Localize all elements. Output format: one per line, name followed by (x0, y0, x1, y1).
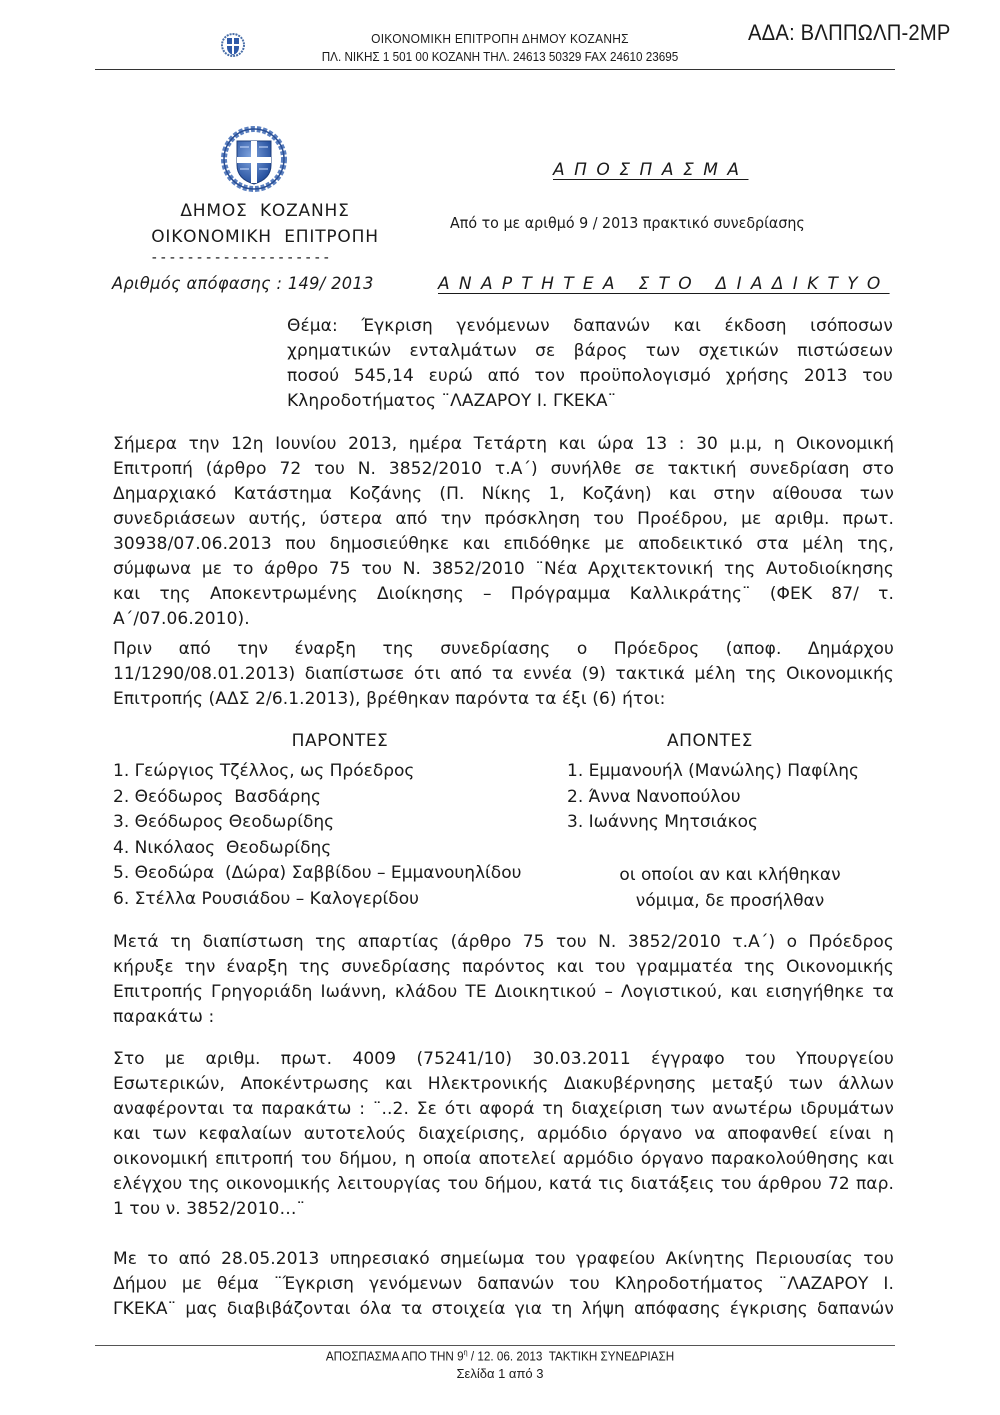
ministry-document-paragraph: Στο με αριθμ. πρωτ. 4009 (75241/10) 30.0… (113, 1047, 894, 1222)
footer-title-suffix: / 12. 06. 2013 ΤΑΚΤΙΚΗ ΣΥΝΕΔΡΙΑΣΗ (468, 1348, 675, 1363)
list-item: 2. Άννα Νανοπούλου (567, 785, 859, 811)
text-line: αναφέρονται τα παρακάτω : ¨..2. Σε ότι α… (113, 1097, 894, 1122)
issuer-divider: -------------------- (150, 248, 331, 266)
issuer-block: ΔΗΜΟΣ ΚΟΖΑΝΗΣ ΟΙΚΟΝΟΜΙΚΗ ΕΠΙΤΡΟΠΗ (120, 198, 410, 250)
text-line: Επιτροπής Γρηγοριάδη Ιωάννη, κλάδου ΤΕ Δ… (113, 980, 894, 1005)
text-line: Α΄/07.06.2010). (113, 607, 894, 632)
list-item: 5. Θεοδώρα (Δώρα) Σαββίδου – Εμμανουηλίδ… (113, 861, 521, 887)
committee-name: ΟΙΚΟΝΟΜΙΚΗ ΕΠΙΤΡΟΠΗ (120, 224, 410, 250)
text-line: Επιτροπής (ΑΔΣ 2/6.1.2013), βρέθηκαν παρ… (113, 687, 894, 712)
text-line: ΓΚΕΚΑ¨ μας διαβιβάζονται όλα τα στοιχεία… (113, 1297, 894, 1322)
text-line: Μετά τη διαπίστωση της απαρτίας (άρθρο 7… (113, 930, 894, 955)
coat-of-arms-icon (220, 125, 288, 193)
text-line: παρακάτω : (113, 1005, 894, 1030)
text-line: και των κεφαλαίων αυτοτελούς διαχείρισης… (113, 1122, 894, 1147)
footer-title: ΑΠΟΣΠΑΣΜΑ ΑΠΟ ΤΗΝ 9η / 12. 06. 2013 ΤΑΚΤ… (230, 1348, 770, 1363)
text-line: κήρυξε την έναρξη της συνεδρίασης παρόντ… (113, 955, 894, 980)
present-list: 1. Γεώργιος Τζέλλος, ως Πρόεδρος 2. Θεόδ… (113, 759, 521, 912)
meeting-paragraph: Σήμερα την 12η Ιουνίου 2013, ημέρα Τετάρ… (113, 432, 894, 632)
text-line: 11/1290/08.01.2013) διαπίστωσε ότι από τ… (113, 662, 894, 687)
subject-line: Κληροδοτήματος ¨ΛΑΖΑΡΟΥ Ι. ΓΚΕΚΑ¨ (287, 389, 893, 414)
text-line: Δημαρχιακό Κατάστημα Κοζάνης (Π. Νίκης 1… (113, 482, 894, 507)
absent-note-line: νόμιμα, δε προσήλθαν (560, 889, 900, 915)
ada-code: ΑΔΑ: ΒΛΠΠΩΛΠ-2ΜΡ (748, 20, 951, 46)
header-address: ΠΛ. ΝΙΚΗΣ 1 501 00 ΚΟΖΑΝΗ ΤΗΛ. 24613 503… (230, 49, 770, 64)
list-item: 1. Εμμανουήλ (Μανώλης) Παφίλης (567, 759, 859, 785)
header-divider (95, 69, 895, 70)
text-line: οικονομική επιτροπή του δήμου, η οποία α… (113, 1147, 894, 1172)
list-item: 3. Ιωάννης Μητσιάκος (567, 810, 859, 836)
text-line: Με το από 28.05.2013 υπηρεσιακό σημείωμα… (113, 1247, 894, 1272)
footer-title-prefix: ΑΠΟΣΠΑΣΜΑ ΑΠΟ ΤΗΝ 9 (326, 1348, 464, 1363)
text-line: σύμφωνα με το άρθρο 75 του Ν. 3852/2010 … (113, 557, 894, 582)
footer-divider (95, 1345, 895, 1346)
quorum-paragraph: Πριν από την έναρξη της συνεδρίασης ο Πρ… (113, 637, 894, 712)
page-number: Σελίδα 1 από 3 (200, 1366, 800, 1381)
list-item: 3. Θεόδωρος Θεοδωρίδης (113, 810, 521, 836)
absent-note-line: οι οποίοι αν και κλήθηκαν (560, 863, 900, 889)
municipality-name: ΔΗΜΟΣ ΚΟΖΑΝΗΣ (120, 198, 410, 224)
text-line: Στο με αριθμ. πρωτ. 4009 (75241/10) 30.0… (113, 1047, 894, 1072)
text-line: Εσωτερικών, Αποκέντρωσης και Ηλεκτρονική… (113, 1072, 894, 1097)
list-item: 2. Θεόδωρος Βασδάρης (113, 785, 521, 811)
subject-line: Θέμα: Έγκριση γενόμενων δαπανών και έκδο… (287, 314, 893, 339)
text-line: και της Αποκεντρωμένης Διοίκησης – Πρόγρ… (113, 582, 894, 607)
decision-number: Αριθμός απόφασης : 149/ 2013 (112, 274, 374, 294)
subject-line: χρηματικών ενταλμάτων σε βάρος των σχετι… (287, 339, 893, 364)
absent-heading: ΑΠΟΝΤΕΣ (640, 731, 780, 751)
text-line: Πριν από την έναρξη της συνεδρίασης ο Πρ… (113, 637, 894, 662)
text-line: ελέγχου της οικονομικής λειτουργίας του … (113, 1172, 894, 1197)
text-line: 1 του ν. 3852/2010…¨ (113, 1197, 894, 1222)
document-type-title: ΑΠΟΣΠΑΣΜΑ (553, 160, 749, 180)
present-heading: ΠΑΡΟΝΤΕΣ (270, 731, 410, 751)
minutes-reference: Από το με αριθμό 9 / 2013 πρακτικό συνεδ… (450, 214, 805, 232)
opening-paragraph: Μετά τη διαπίστωση της απαρτίας (άρθρο 7… (113, 930, 894, 1030)
absent-list: 1. Εμμανουήλ (Μανώλης) Παφίλης 2. Άννα Ν… (567, 759, 859, 836)
list-item: 4. Νικόλαος Θεοδωρίδης (113, 836, 521, 862)
text-line: Δήμου με θέμα ¨Έγκριση γενόμενων δαπανών… (113, 1272, 894, 1297)
subject-block: Θέμα: Έγκριση γενόμενων δαπανών και έκδο… (287, 314, 893, 414)
absent-note: οι οποίοι αν και κλήθηκαν νόμιμα, δε προ… (560, 863, 900, 914)
text-line: Επιτροπή (άρθρο 72 του Ν. 3852/2010 τ.Α΄… (113, 457, 894, 482)
list-item: 1. Γεώργιος Τζέλλος, ως Πρόεδρος (113, 759, 521, 785)
memo-paragraph: Με το από 28.05.2013 υπηρεσιακό σημείωμα… (113, 1247, 894, 1322)
header-organization: ΟΙΚΟΝΟΜΙΚΗ ΕΠΙΤΡΟΠΗ ΔΗΜΟΥ ΚΟΖΑΝΗΣ (224, 31, 776, 46)
list-item: 6. Στέλλα Ρουσιάδου – Καλογερίδου (113, 887, 521, 913)
subject-line: ποσού 545,14 ευρώ από τον προϋπολογισμό … (287, 364, 893, 389)
text-line: Σήμερα την 12η Ιουνίου 2013, ημέρα Τετάρ… (113, 432, 894, 457)
posting-notice: ΑΝΑΡΤΗΤΕΑ ΣΤΟ ΔΙΑΔΙΚΤΥΟ (438, 274, 890, 294)
text-line: 30938/07.06.2013 που δημοσιεύθηκε και επ… (113, 532, 894, 557)
text-line: συνεδριάσεων αυτής, ύστερα από την πρόσκ… (113, 507, 894, 532)
